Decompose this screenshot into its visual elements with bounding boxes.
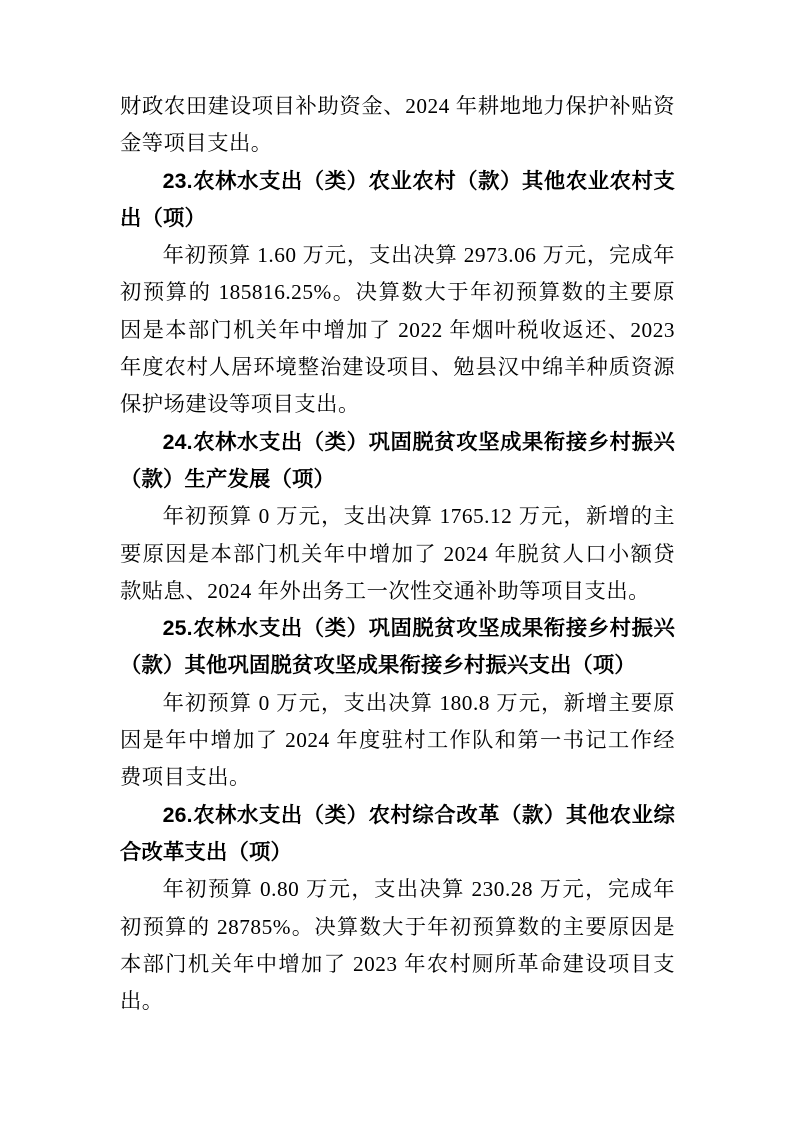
section-26-heading: 26.农林水支出（类）农村综合改革（款）其他农业综合改革支出（项）	[120, 797, 675, 872]
section-25-body: 年初预算 0 万元，支出决算 180.8 万元，新增主要原因是年中增加了 202…	[120, 685, 675, 797]
section-26-body: 年初预算 0.80 万元，支出决算 230.28 万元，完成年初预算的 2878…	[120, 871, 675, 1020]
section-23-body: 年初预算 1.60 万元，支出决算 2973.06 万元，完成年初预算的 185…	[120, 237, 675, 423]
section-24-body: 年初预算 0 万元，支出决算 1765.12 万元，新增的主要原因是本部门机关年…	[120, 498, 675, 610]
document-page: 财政农田建设项目补助资金、2024 年耕地地力保护补贴资金等项目支出。 23.农…	[0, 0, 793, 1122]
section-23-heading: 23.农林水支出（类）农业农村（款）其他农业农村支出（项）	[120, 163, 675, 238]
section-24-heading: 24.农林水支出（类）巩固脱贫攻坚成果衔接乡村振兴（款）生产发展（项）	[120, 424, 675, 499]
continuation-paragraph: 财政农田建设项目补助资金、2024 年耕地地力保护补贴资金等项目支出。	[120, 88, 675, 163]
section-25-heading: 25.农林水支出（类）巩固脱贫攻坚成果衔接乡村振兴（款）其他巩固脱贫攻坚成果衔接…	[120, 610, 675, 685]
